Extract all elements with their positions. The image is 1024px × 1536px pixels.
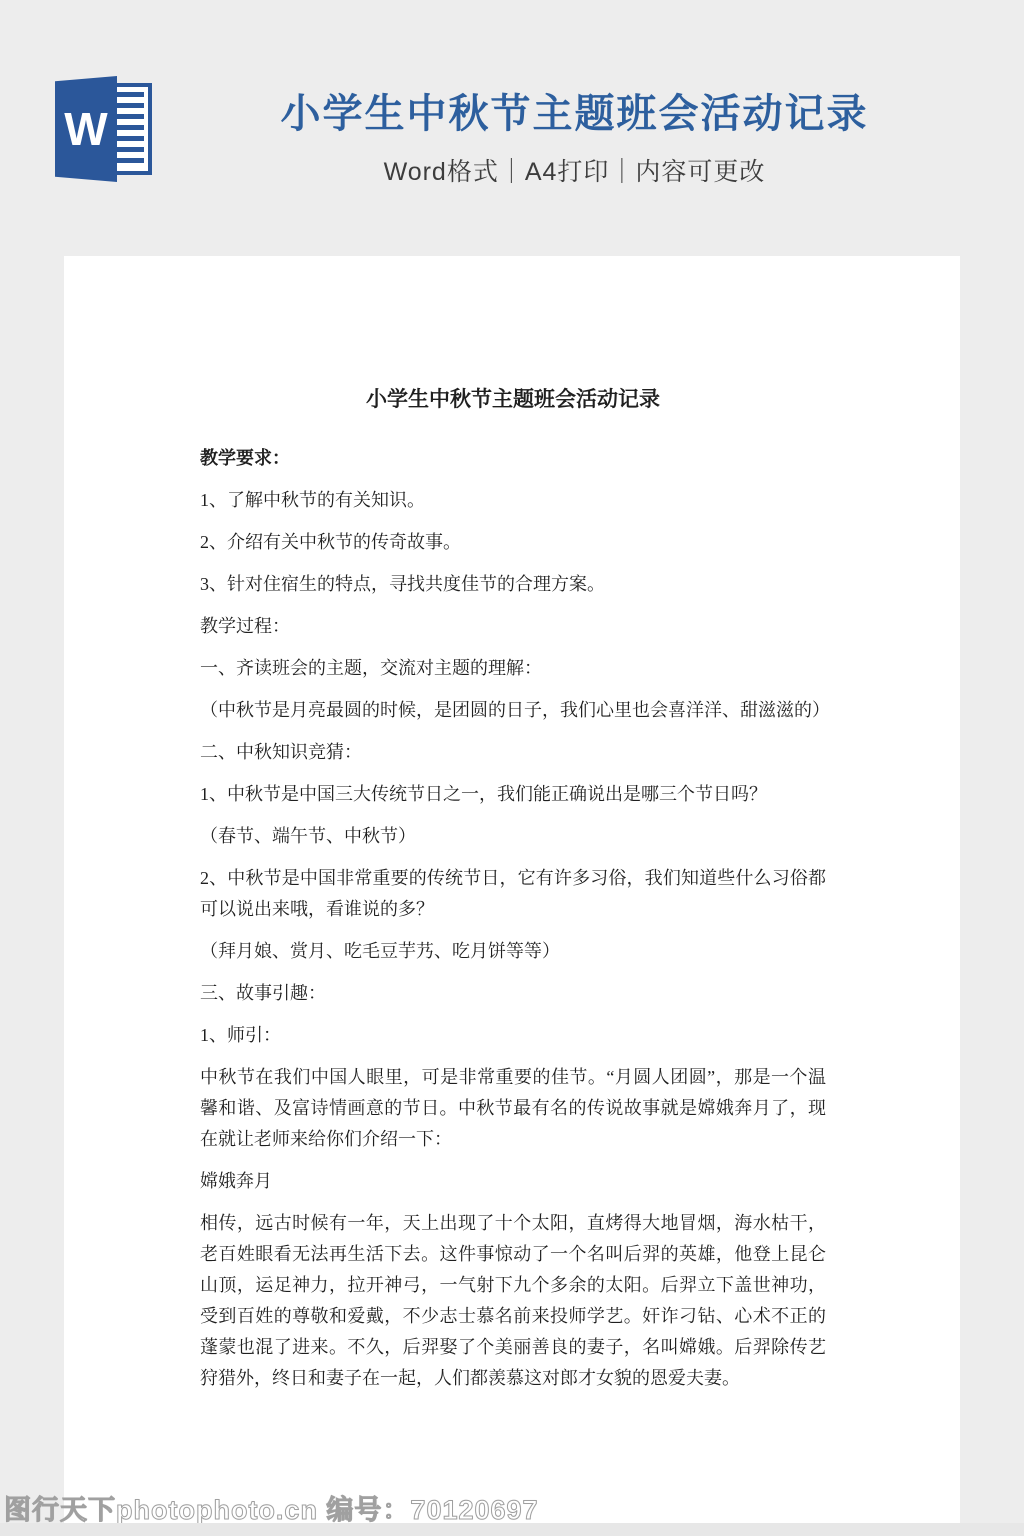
doc-paragraph: 3、针对住宿生的特点，寻找共度佳节的合理方案。 xyxy=(200,569,826,600)
template-title: 小学生中秋节主题班会活动记录 xyxy=(185,92,964,136)
doc-paragraph: （春节、端午节、中秋节） xyxy=(200,821,826,852)
doc-paragraphs: 教学要求：1、了解中秋节的有关知识。2、介绍有关中秋节的传奇故事。3、针对住宿生… xyxy=(200,443,826,1394)
doc-paragraph: 教学要求： xyxy=(200,443,826,474)
document-body: 小学生中秋节主题班会活动记录 教学要求：1、了解中秋节的有关知识。2、介绍有关中… xyxy=(64,256,960,1394)
doc-paragraph: 相传，远古时候有一年，天上出现了十个太阳，直烤得大地冒烟，海水枯干，老百姓眼看无… xyxy=(200,1208,826,1394)
word-logo-cover-icon: W xyxy=(55,76,117,182)
doc-paragraph: 三、故事引趣： xyxy=(200,978,826,1009)
doc-paragraph: 嫦娥奔月 xyxy=(200,1166,826,1197)
template-subtitle: Word格式｜A4打印｜内容可更改 xyxy=(185,152,964,188)
document-page: 小学生中秋节主题班会活动记录 教学要求：1、了解中秋节的有关知识。2、介绍有关中… xyxy=(64,256,960,1523)
template-header: W 小学生中秋节主题班会活动记录 Word格式｜A4打印｜内容可更改 xyxy=(0,0,1024,256)
doc-paragraph: 二、中秋知识竞猜： xyxy=(200,737,826,768)
doc-paragraph: 教学过程： xyxy=(200,611,826,642)
doc-paragraph: 2、介绍有关中秋节的传奇故事。 xyxy=(200,527,826,558)
word-logo-icon: W xyxy=(55,76,152,182)
doc-paragraph: （中秋节是月亮最圆的时候，是团圆的日子，我们心里也会喜洋洋、甜滋滋的） xyxy=(200,695,826,726)
word-logo-letter: W xyxy=(64,106,107,152)
doc-paragraph: （拜月娘、赏月、吃毛豆芋艿、吃月饼等等） xyxy=(200,936,826,967)
doc-paragraph: 1、师引： xyxy=(200,1020,826,1051)
doc-paragraph: 2、中秋节是中国非常重要的传统节日，它有许多习俗，我们知道些什么习俗都可以说出来… xyxy=(200,863,826,925)
document-title: 小学生中秋节主题班会活动记录 xyxy=(200,385,826,414)
bottom-bar xyxy=(0,1523,1024,1536)
word-logo-page-lines-icon xyxy=(115,92,144,166)
doc-paragraph: 一、齐读班会的主题，交流对主题的理解： xyxy=(200,653,826,684)
watermark-text: 图行天下photophoto.cn 编号：70120697 xyxy=(4,1488,539,1527)
doc-paragraph: 1、了解中秋节的有关知识。 xyxy=(200,485,826,516)
doc-paragraph: 中秋节在我们中国人眼里，可是非常重要的佳节。“月圆人团圆”，那是一个温馨和谐、及… xyxy=(200,1062,826,1155)
header-text-block: 小学生中秋节主题班会活动记录 Word格式｜A4打印｜内容可更改 xyxy=(185,92,964,188)
doc-paragraph: 1、中秋节是中国三大传统节日之一，我们能正确说出是哪三个节日吗？ xyxy=(200,779,826,810)
